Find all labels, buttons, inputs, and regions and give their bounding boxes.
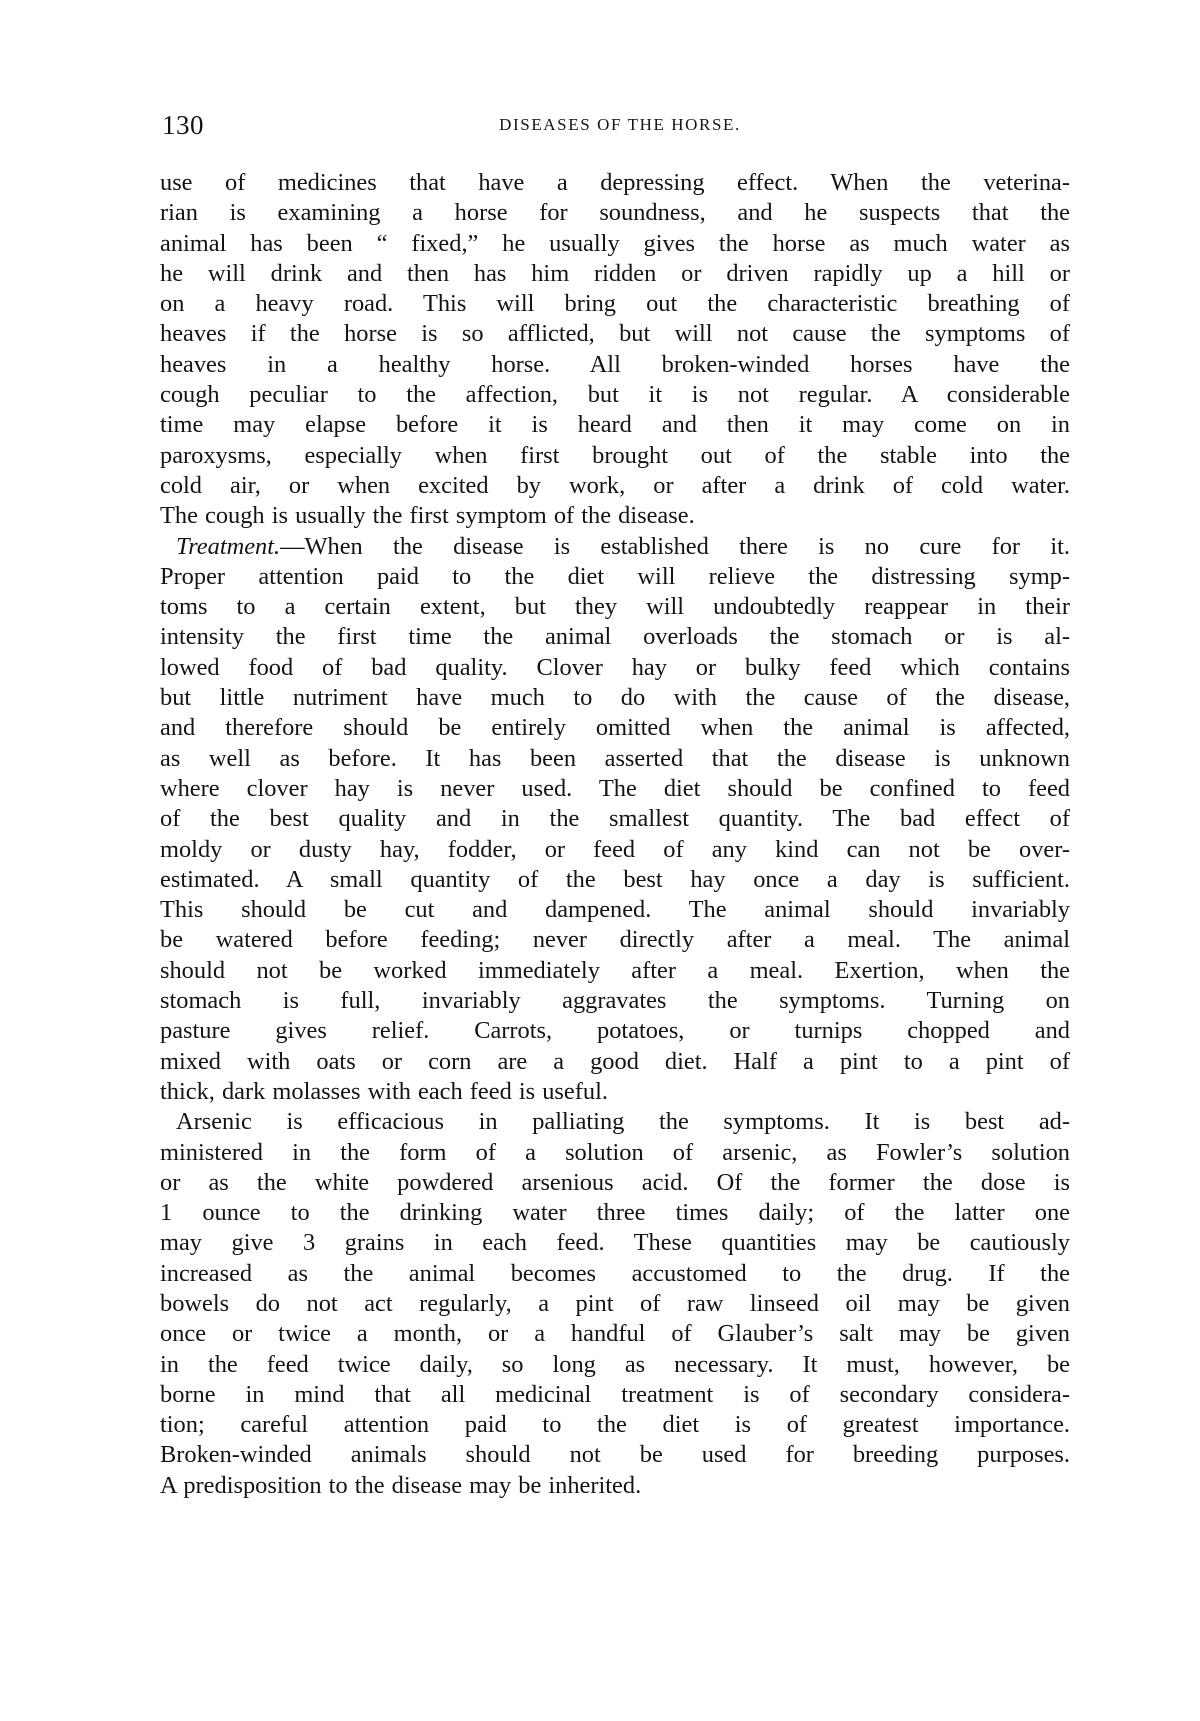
section-heading-treatment: Treatment. xyxy=(176,533,280,560)
paragraph-arsenic: Arsenic is efficacious in palliating the… xyxy=(160,1107,1070,1501)
text-line: tion; careful attention paid to the diet… xyxy=(160,1410,1070,1440)
text-line: ministered in the form of a solution of … xyxy=(160,1138,1070,1168)
text-line: use of medicines that have a depressing … xyxy=(160,168,1070,198)
text-line: 1 ounce to the drinking water three time… xyxy=(160,1198,1070,1228)
running-title: DISEASES OF THE HORSE. xyxy=(160,115,1070,135)
text-line: thick, dark molasses with each feed is u… xyxy=(160,1077,1070,1107)
text-line: animal has been “ fixed,” he usually giv… xyxy=(160,229,1070,259)
text-line: cough peculiar to the affection, but it … xyxy=(160,380,1070,410)
text-line: Proper attention paid to the diet will r… xyxy=(160,562,1070,592)
paragraph-heaves-symptoms: use of medicines that have a depressing … xyxy=(160,168,1070,532)
text-line: in the feed twice daily, so long as nece… xyxy=(160,1350,1070,1380)
text-line: once or twice a month, or a handful of G… xyxy=(160,1319,1070,1349)
text-line: Treatment.—When the disease is establish… xyxy=(160,532,1070,562)
text-line: toms to a certain extent, but they will … xyxy=(160,592,1070,622)
text-line: heaves if the horse is so afflicted, but… xyxy=(160,319,1070,349)
text-line: on a heavy road. This will bring out the… xyxy=(160,289,1070,319)
text-line: borne in mind that all medicinal treatme… xyxy=(160,1380,1070,1410)
text-line: paroxysms, especially when first brought… xyxy=(160,441,1070,471)
text-line: increased as the animal becomes accustom… xyxy=(160,1259,1070,1289)
text-line: estimated. A small quantity of the best … xyxy=(160,865,1070,895)
text-line: as well as before. It has been asserted … xyxy=(160,744,1070,774)
text-line: mixed with oats or corn are a good diet.… xyxy=(160,1047,1070,1077)
text-line: Broken-winded animals should not be used… xyxy=(160,1440,1070,1470)
text-line: The cough is usually the first symptom o… xyxy=(160,501,1070,531)
text-line: bowels do not act regularly, a pint of r… xyxy=(160,1289,1070,1319)
text-line: or as the white powdered arsenious acid.… xyxy=(160,1168,1070,1198)
text-line: where clover hay is never used. The diet… xyxy=(160,774,1070,804)
text-line: heaves in a healthy horse. All broken-wi… xyxy=(160,350,1070,380)
text-line: rian is examining a horse for soundness,… xyxy=(160,198,1070,228)
text-line: of the best quality and in the smallest … xyxy=(160,804,1070,834)
text-line: should not be worked immediately after a… xyxy=(160,956,1070,986)
text-line: moldy or dusty hay, fodder, or feed of a… xyxy=(160,835,1070,865)
body-text: use of medicines that have a depressing … xyxy=(160,168,1070,1501)
text-line: lowed food of bad quality. Clover hay or… xyxy=(160,653,1070,683)
text-line: and therefore should be entirely omitted… xyxy=(160,713,1070,743)
text-line: pasture gives relief. Carrots, potatoes,… xyxy=(160,1016,1070,1046)
paragraph-treatment: Treatment.—When the disease is establish… xyxy=(160,532,1070,1108)
text-line: time may elapse before it is heard and t… xyxy=(160,410,1070,440)
text-line: Arsenic is efficacious in palliating the… xyxy=(160,1107,1070,1137)
text-line: This should be cut and dampened. The ani… xyxy=(160,895,1070,925)
text-line: but little nutriment have much to do wit… xyxy=(160,683,1070,713)
text-line-rest: —When the disease is established there i… xyxy=(280,533,1070,560)
text-line: cold air, or when excited by work, or af… xyxy=(160,471,1070,501)
text-line: stomach is full, invariably aggravates t… xyxy=(160,986,1070,1016)
text-line: A predisposition to the disease may be i… xyxy=(160,1471,1070,1501)
running-head: 130 DISEASES OF THE HORSE. xyxy=(160,110,1070,144)
text-line: be watered before feeding; never directl… xyxy=(160,925,1070,955)
text-line: he will drink and then has him ridden or… xyxy=(160,259,1070,289)
text-line: may give 3 grains in each feed. These qu… xyxy=(160,1228,1070,1258)
text-line: intensity the first time the animal over… xyxy=(160,622,1070,652)
